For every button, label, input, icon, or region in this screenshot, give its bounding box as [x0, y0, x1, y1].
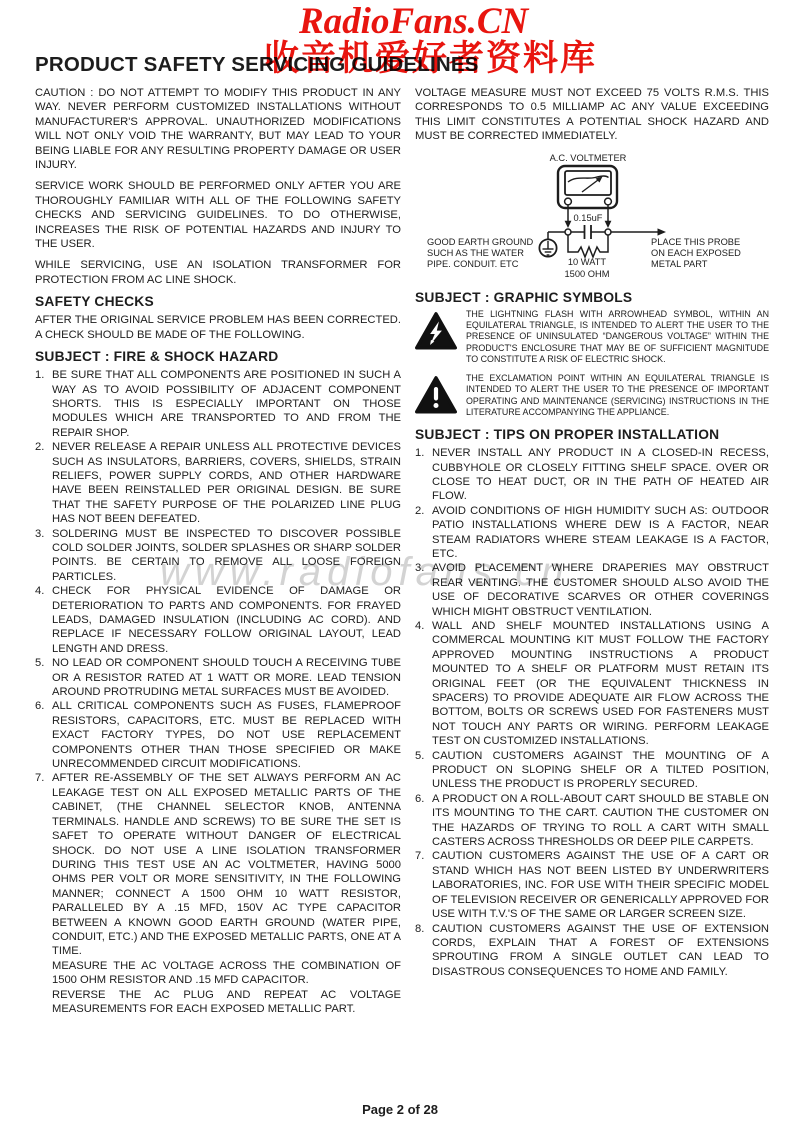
item-number: 2. — [35, 440, 52, 526]
item-text-main: AFTER RE-ASSEMBLY OF THE SET ALWAYS PERF… — [52, 772, 401, 957]
item-text: NEVER RELEASE A REPAIR UNLESS ALL PROTEC… — [52, 440, 401, 526]
left-column: CAUTION : DO NOT ATTEMPT TO MODIFY THIS … — [35, 86, 401, 1016]
item-number: 4. — [35, 584, 52, 656]
fire-item-3: 3. SOLDERING MUST BE INSPECTED TO DISCOV… — [35, 527, 401, 585]
fire-item-2: 2. NEVER RELEASE A REPAIR UNLESS ALL PRO… — [35, 440, 401, 526]
voltage-limit-paragraph: VOLTAGE MEASURE MUST NOT EXCEED 75 VOLTS… — [415, 86, 769, 144]
lightning-flash-triangle-icon — [415, 309, 457, 365]
caution-paragraph: CAUTION : DO NOT ATTEMPT TO MODIFY THIS … — [35, 86, 401, 172]
tips-item-1: 1. NEVER INSTALL ANY PRODUCT IN A CLOSED… — [415, 446, 769, 504]
probe-label-line2: ON EACH EXPOSED — [651, 248, 741, 258]
graphic-symbols-heading: SUBJECT : GRAPHIC SYMBOLS — [415, 290, 769, 305]
ground-label-line3: PIPE. CONDUIT. ETC — [427, 259, 519, 269]
lightning-symbol-text: THE LIGHTNING FLASH WITH ARROWHEAD SYMBO… — [466, 309, 769, 365]
item-number: 8. — [415, 922, 432, 980]
tips-item-4: 4. WALL AND SHELF MOUNTED INSTALLATIONS … — [415, 619, 769, 749]
item-text: NO LEAD OR COMPONENT SHOULD TOUCH A RECE… — [52, 656, 401, 699]
probe-label-line1: PLACE THIS PROBE — [651, 237, 740, 247]
item-text: AVOID PLACEMENT WHERE DRAPERIES MAY OBST… — [432, 561, 769, 619]
tips-item-6: 6. A PRODUCT ON A ROLL-ABOUT CART SHOULD… — [415, 792, 769, 850]
item-text: CHECK FOR PHYSICAL EVIDENCE OF DAMAGE OR… — [52, 584, 401, 656]
diagram-voltmeter-label: A.C. VOLTMETER — [550, 153, 627, 163]
item-text: CAUTION CUSTOMERS AGAINST THE USE OF A C… — [432, 849, 769, 921]
tips-item-8: 8. CAUTION CUSTOMERS AGAINST THE USE OF … — [415, 922, 769, 980]
item-number: 1. — [35, 368, 52, 440]
item-text: BE SURE THAT ALL COMPONENTS ARE POSITION… — [52, 368, 401, 440]
resistor-ohm-label: 1500 OHM — [565, 269, 610, 279]
item-number: 5. — [35, 656, 52, 699]
item-number: 6. — [35, 699, 52, 771]
item-text: AFTER RE-ASSEMBLY OF THE SET ALWAYS PERF… — [52, 771, 401, 1016]
item-text: A PRODUCT ON A ROLL-ABOUT CART SHOULD BE… — [432, 792, 769, 850]
lightning-symbol-row: THE LIGHTNING FLASH WITH ARROWHEAD SYMBO… — [415, 309, 769, 365]
exclamation-symbol-text: THE EXCLAMATION POINT WITHIN AN EQUILATE… — [466, 373, 769, 419]
item-number: 5. — [415, 749, 432, 792]
safety-checks-heading: SAFETY CHECKS — [35, 294, 401, 309]
tips-item-5: 5. CAUTION CUSTOMERS AGAINST THE MOUNTIN… — [415, 749, 769, 792]
item-number: 7. — [415, 849, 432, 921]
right-column: VOLTAGE MEASURE MUST NOT EXCEED 75 VOLTS… — [415, 86, 769, 979]
item-number: 4. — [415, 619, 432, 749]
item-text: CAUTION CUSTOMERS AGAINST THE USE OF EXT… — [432, 922, 769, 980]
item-number: 1. — [415, 446, 432, 504]
tips-heading: SUBJECT : TIPS ON PROPER INSTALLATION — [415, 427, 769, 442]
fire-item-1: 1. BE SURE THAT ALL COMPONENTS ARE POSIT… — [35, 368, 401, 440]
fire-item-5: 5. NO LEAD OR COMPONENT SHOULD TOUCH A R… — [35, 656, 401, 699]
tips-item-3: 3. AVOID PLACEMENT WHERE DRAPERIES MAY O… — [415, 561, 769, 619]
page-number: Page 2 of 28 — [0, 1102, 800, 1117]
item-number: 2. — [415, 504, 432, 562]
item-text: NEVER INSTALL ANY PRODUCT IN A CLOSED-IN… — [432, 446, 769, 504]
tips-item-7: 7. CAUTION CUSTOMERS AGAINST THE USE OF … — [415, 849, 769, 921]
safety-checks-body: AFTER THE ORIGINAL SERVICE PROBLEM HAS B… — [35, 313, 401, 342]
item-number: 3. — [35, 527, 52, 585]
item-text-cont1: MEASURE THE AC VOLTAGE ACROSS THE COMBIN… — [52, 959, 401, 988]
tips-item-2: 2. AVOID CONDITIONS OF HIGH HUMIDITY SUC… — [415, 504, 769, 562]
resistor-symbol — [568, 235, 608, 257]
item-number: 3. — [415, 561, 432, 619]
ground-label-line1: GOOD EARTH GROUND — [427, 237, 534, 247]
service-work-paragraph: SERVICE WORK SHOULD BE PERFORMED ONLY AF… — [35, 179, 401, 251]
item-text: CAUTION CUSTOMERS AGAINST THE MOUNTING O… — [432, 749, 769, 792]
probe-label-line3: METAL PART — [651, 259, 708, 269]
resistor-watt-label: 10 WATT — [568, 257, 607, 267]
document-page: www.radiofans.cn RadioFans.CN 收音机爱好者资料库 … — [0, 0, 800, 1133]
item-text: SOLDERING MUST BE INSPECTED TO DISCOVER … — [52, 527, 401, 585]
item-text: WALL AND SHELF MOUNTED INSTALLATIONS USI… — [432, 619, 769, 749]
item-number: 7. — [35, 771, 52, 1016]
probe-arrow — [611, 228, 666, 235]
isolation-transformer-paragraph: WHILE SERVICING, USE AN ISOLATION TRANSF… — [35, 258, 401, 287]
earth-ground-icon — [539, 232, 565, 257]
capacitor-value-label: 0.15uF — [574, 213, 603, 223]
item-number: 6. — [415, 792, 432, 850]
fire-item-6: 6. ALL CRITICAL COMPONENTS SUCH AS FUSES… — [35, 699, 401, 771]
exclamation-symbol-row: THE EXCLAMATION POINT WITHIN AN EQUILATE… — [415, 373, 769, 419]
fire-shock-heading: SUBJECT : FIRE & SHOCK HAZARD — [35, 349, 401, 364]
exclamation-triangle-icon — [415, 373, 457, 419]
voltmeter-icon — [558, 166, 617, 208]
item-text: AVOID CONDITIONS OF HIGH HUMIDITY SUCH A… — [432, 504, 769, 562]
fire-item-4: 4. CHECK FOR PHYSICAL EVIDENCE OF DAMAGE… — [35, 584, 401, 656]
radiofans-chinese-watermark: 收音机爱好者资料库 — [264, 31, 597, 81]
ac-leakage-test-diagram: A.C. VOLTMETER 0.15uF — [415, 151, 769, 285]
item-text: ALL CRITICAL COMPONENTS SUCH AS FUSES, F… — [52, 699, 401, 771]
capacitor-symbol — [565, 225, 611, 239]
ground-label-line2: SUCH AS THE WATER — [427, 248, 524, 258]
item-text-cont2: REVERSE THE AC PLUG AND REPEAT AC VOLTAG… — [52, 988, 401, 1017]
fire-item-7: 7. AFTER RE-ASSEMBLY OF THE SET ALWAYS P… — [35, 771, 401, 1016]
